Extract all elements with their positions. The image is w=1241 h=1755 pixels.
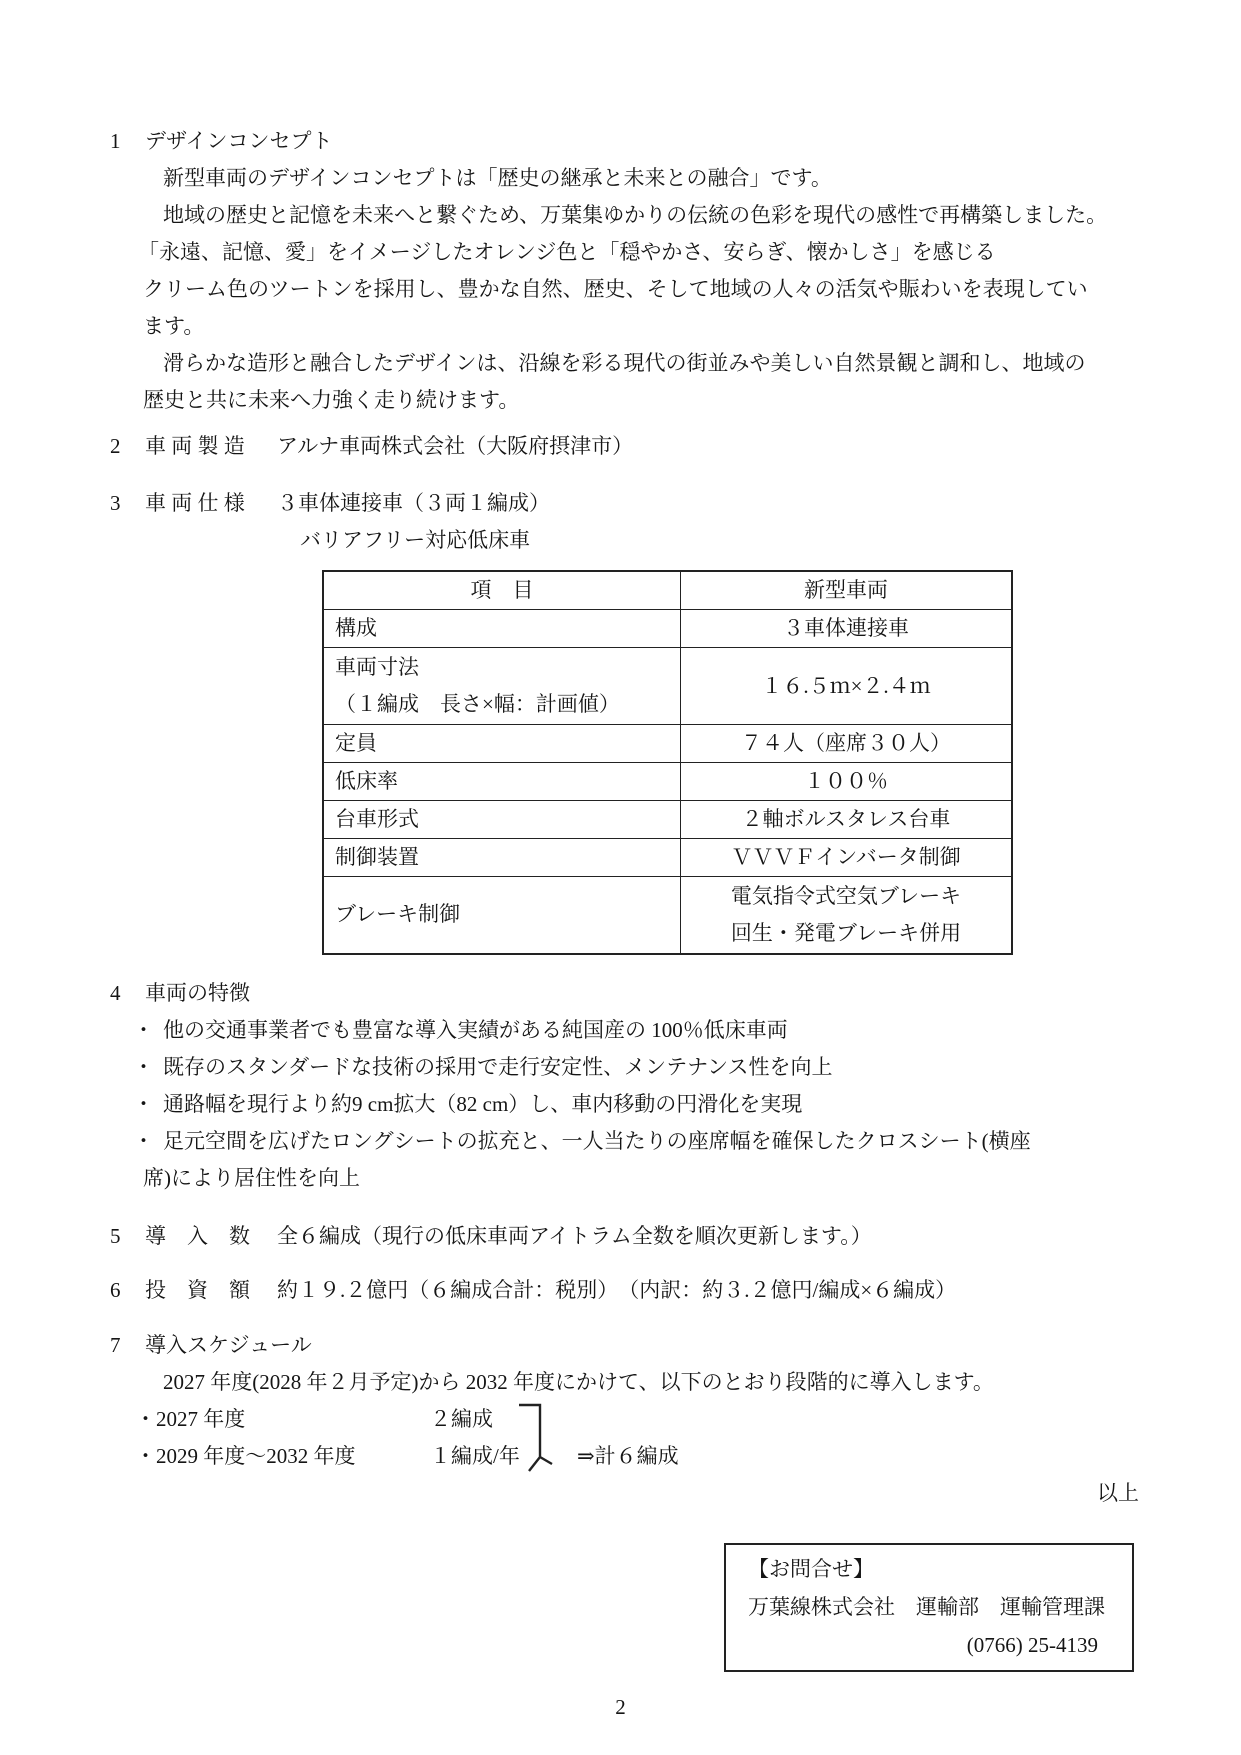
section-design-concept: 1デザインコンセプト 新型車両のデザインコンセプトは「歴史の継承と未来との融合」… [110, 123, 1131, 419]
feature-item: ・他の交通事業者でも豊富な導入実績がある純国産の 100％低床車両 [110, 1012, 1131, 1049]
grouping-bracket-icon [515, 1403, 555, 1473]
bullet-icon: ・ [133, 1086, 163, 1123]
row-value: ２軸ボルスタレス台車 [681, 801, 1011, 838]
paragraph-line: 地域の歴史と記憶を未来へと繋ぐため、万葉集ゆかりの伝統の色彩を現代の感性で再構築… [163, 197, 1131, 234]
section-4-heading: 4車両の特徴 [110, 975, 1131, 1012]
spec-table: 項 目 新型車両 構成 ３車体連接車 車両寸法 （１編成 長さ×幅：計画値） １… [322, 570, 1013, 955]
section-7-number: 7 [110, 1327, 145, 1364]
contact-phone: (0766) 25-4139 [726, 1626, 1132, 1664]
section-3-subtitle: バリアフリー対応低床車 [300, 522, 1131, 559]
section-1-title: デザインコンセプト [145, 129, 333, 153]
section-fleet-count: 5導 入 数全６編成（現行の低床車両アイトラム全数を順次更新します。） [110, 1218, 1131, 1255]
contact-box: 【お問合せ】 万葉線株式会社 運輸部 運輸管理課 (0766) 25-4139 [724, 1543, 1134, 1672]
column-header-new-vehicle: 新型車両 [681, 572, 1011, 609]
section-2-heading: 2車 両 製 造アルナ車両株式会社（大阪府摂津市） [110, 428, 1131, 465]
row-value: ＶＶＶＦインバータ制御 [681, 839, 1011, 876]
row-value: 電気指令式空気ブレーキ [681, 878, 1011, 915]
section-4-title: 車両の特徴 [145, 981, 250, 1005]
section-3-heading: 3車 両 仕 様３車体連接車（３両１編成） [110, 485, 1131, 522]
table-row: 構成 ３車体連接車 [323, 610, 1012, 648]
table-row: 低床率 １００％ [323, 763, 1012, 801]
row-value: １００％ [681, 763, 1011, 800]
row-label: 低床率 [324, 763, 680, 800]
schedule-total: ⇒計６編成 [577, 1438, 679, 1475]
row-value-line2: 回生・発電ブレーキ併用 [681, 915, 1011, 952]
press-release-page-2: { "doc": { "s1": { "num": "1", "title": … [0, 0, 1241, 1755]
section-5-number: 5 [110, 1218, 145, 1255]
bullet-icon: ・ [133, 1012, 163, 1049]
row-label-line2: （１編成 長さ×幅：計画値） [324, 686, 680, 723]
paragraph-line: 「永遠、記憶、愛」をイメージしたオレンジ色と「穏やかさ、安らぎ、懐かしさ」を感じ… [138, 234, 1131, 271]
section-2-label: 車 両 製 造 [145, 428, 277, 465]
table-row: ブレーキ制御 電気指令式空気ブレーキ 回生・発電ブレーキ併用 [323, 877, 1012, 954]
schedule-row: ・2027 年度２編成 [135, 1401, 1131, 1438]
section-manufacturer: 2車 両 製 造アルナ車両株式会社（大阪府摂津市） [110, 428, 1131, 465]
row-label: 制御装置 [324, 839, 680, 876]
section-3-text: ３車体連接車（３両１編成） [277, 491, 550, 515]
section-6-heading: 6投 資 額約１９.２億円（６編成合計：税別） （内訳：約３.２億円/編成×６編… [110, 1272, 1131, 1309]
section-1-number: 1 [110, 123, 145, 160]
row-value: ７４人（座席３０人） [681, 725, 1011, 762]
row-label: 構成 [324, 610, 680, 647]
row-value: ３車体連接車 [681, 610, 1011, 647]
feature-item-wrap: 席)により居住性を向上 [143, 1160, 1131, 1197]
schedule-intro: 2027 年度(2028 年２月予定)から 2032 年度にかけて、以下のとおり… [163, 1364, 1131, 1401]
paragraph-line: 新型車両のデザインコンセプトは「歴史の継承と未来との融合」です。 [163, 160, 1131, 197]
section-7-title: 導入スケジュール [145, 1333, 312, 1357]
section-3-number: 3 [110, 485, 145, 522]
table-row: 定員 ７４人（座席３０人） [323, 725, 1012, 763]
contact-title: 【お問合せ】 [726, 1550, 1132, 1588]
section-2-number: 2 [110, 428, 145, 465]
table-row: 車両寸法 （１編成 長さ×幅：計画値） １６.５ｍ×２.４ｍ [323, 648, 1012, 725]
section-6-text: 約１９.２億円（６編成合計：税別） （内訳：約３.２億円/編成×６編成） [277, 1278, 956, 1302]
paragraph-line: 歴史と共に未来へ力強く走り続けます。 [143, 382, 1131, 419]
paragraph-line: ます。 [143, 308, 1131, 345]
feature-item: ・既存のスタンダードな技術の採用で走行安定性、メンテナンス性を向上 [110, 1049, 1131, 1086]
bullet-icon: ・ [133, 1049, 163, 1086]
feature-item: ・足元空間を広げたロングシートの拡充と、一人当たりの座席幅を確保したクロスシート… [110, 1123, 1131, 1160]
section-3-label: 車 両 仕 様 [145, 485, 277, 522]
section-vehicle-spec: 3車 両 仕 様３車体連接車（３両１編成） バリアフリー対応低床車 項 目 新型… [110, 485, 1131, 955]
schedule-year: ・2027 年度 [135, 1401, 430, 1438]
section-6-number: 6 [110, 1272, 145, 1309]
row-label: ブレーキ制御 [324, 896, 680, 933]
section-1-heading: 1デザインコンセプト [110, 123, 1131, 160]
section-2-text: アルナ車両株式会社（大阪府摂津市） [277, 434, 633, 458]
column-header-item: 項 目 [324, 572, 680, 609]
section-4-number: 4 [110, 975, 145, 1012]
bullet-icon: ・ [133, 1123, 163, 1160]
row-label: 台車形式 [324, 801, 680, 838]
section-5-text: 全６編成（現行の低床車両アイトラム全数を順次更新します。） [277, 1224, 872, 1248]
section-7-heading: 7導入スケジュール [110, 1327, 1131, 1364]
contact-organization: 万葉線株式会社 運輸部 運輸管理課 [726, 1588, 1132, 1626]
section-5-heading: 5導 入 数全６編成（現行の低床車両アイトラム全数を順次更新します。） [110, 1218, 1131, 1255]
row-value: １６.５ｍ×２.４ｍ [681, 668, 1011, 705]
closing-ijou: 以上 [110, 1475, 1139, 1512]
section-investment: 6投 資 額約１９.２億円（６編成合計：税別） （内訳：約３.２億円/編成×６編… [110, 1272, 1131, 1309]
schedule-year: ・2029 年度～2032 年度 [135, 1438, 430, 1475]
schedule-count: １編成/年 [430, 1444, 520, 1468]
schedule-count: ２編成 [430, 1407, 493, 1431]
section-6-label: 投 資 額 [145, 1272, 277, 1309]
paragraph-line: 滑らかな造形と融合したデザインは、沿線を彩る現代の街並みや美しい自然景観と調和し… [163, 345, 1131, 382]
table-row: 制御装置 ＶＶＶＦインバータ制御 [323, 839, 1012, 877]
section-features: 4車両の特徴 ・他の交通事業者でも豊富な導入実績がある純国産の 100％低床車両… [110, 975, 1131, 1197]
feature-item: ・通路幅を現行より約9 cm拡大（82 cm）し、車内移動の円滑化を実現 [110, 1086, 1131, 1123]
table-row: 台車形式 ２軸ボルスタレス台車 [323, 801, 1012, 839]
section-5-label: 導 入 数 [145, 1218, 277, 1255]
table-header-row: 項 目 新型車両 [323, 571, 1012, 610]
row-label: 定員 [324, 725, 680, 762]
row-label: 車両寸法 [324, 649, 680, 686]
page-number: 2 [0, 1689, 1241, 1726]
section-schedule: 7導入スケジュール 2027 年度(2028 年２月予定)から 2032 年度に… [110, 1327, 1131, 1512]
paragraph-line: クリーム色のツートンを採用し、豊かな自然、歴史、そして地域の人々の活気や賑わいを… [143, 271, 1131, 308]
